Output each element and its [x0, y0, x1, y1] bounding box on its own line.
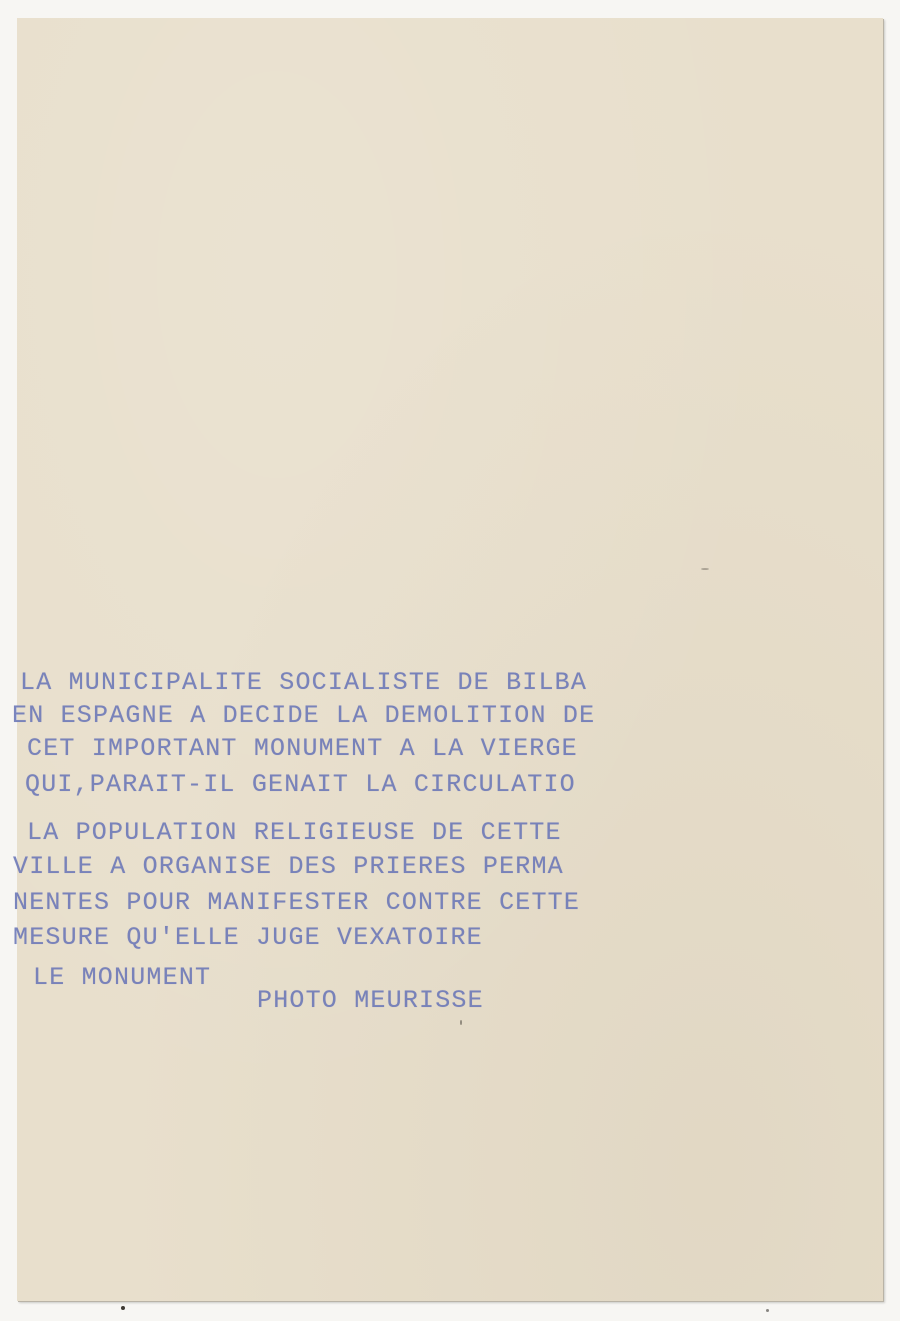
paper-mark — [701, 568, 709, 570]
caption-line-7: NENTES POUR MANIFESTER CONTRE CETTE — [13, 888, 580, 918]
photo-credit: PHOTO MEURISSE — [257, 986, 484, 1016]
caption-line-5: LA POPULATION RELIGIEUSE DE CETTE — [27, 818, 562, 848]
caption-line-3: CET IMPORTANT MONUMENT A LA VIERGE — [27, 734, 578, 764]
dust-speck — [121, 1306, 125, 1310]
caption-line-1: LA MUNICIPALITE SOCIALISTE DE BILBA — [20, 668, 587, 698]
photo-card-back: LA MUNICIPALITE SOCIALISTE DE BILBA EN E… — [17, 18, 883, 1301]
ink-mark — [460, 1020, 462, 1025]
caption-line-4: QUI,PARAIT-IL GENAIT LA CIRCULATIO — [25, 770, 576, 800]
caption-line-6: VILLE A ORGANISE DES PRIERES PERMA — [13, 852, 564, 882]
caption-line-2: EN ESPAGNE A DECIDE LA DEMOLITION DE — [12, 701, 595, 731]
caption-line-8: MESURE QU'ELLE JUGE VEXATOIRE — [13, 923, 483, 953]
subject-line: LE MONUMENT — [33, 963, 211, 993]
dust-speck — [766, 1309, 769, 1312]
